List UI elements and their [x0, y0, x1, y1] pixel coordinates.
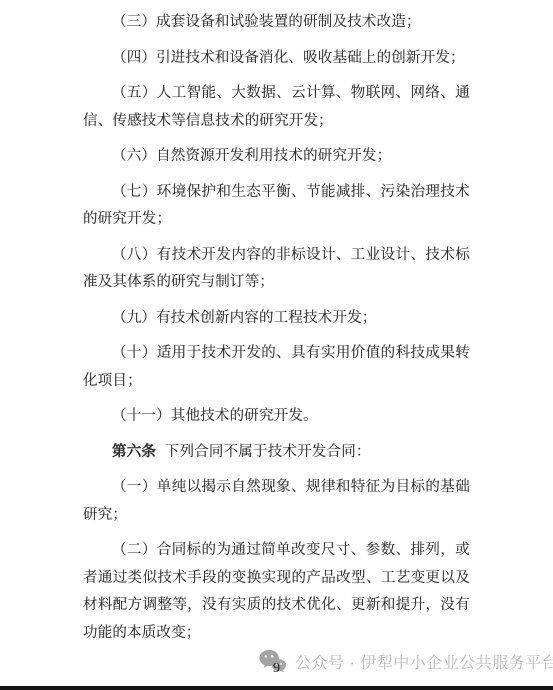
article-number-bold: 第六条 [112, 444, 156, 460]
paragraph-text: 下列合同不属于技术开发合同： [165, 444, 371, 460]
paragraph: （十一）其他技术的研究开发。 [83, 403, 470, 431]
document-body: （三）成套设备和试验装置的研制及技术改造；（四）引进技术和设备消化、吸收基础上的… [83, 9, 470, 655]
paragraph-text: （九）有技术创新内容的工程技术开发； [112, 310, 377, 326]
paragraph: （二）合同标的为通过简单改变尺寸、参数、排列，或者通过类似技术手段的变换实现的产… [83, 537, 470, 647]
document-page: （三）成套设备和试验装置的研制及技术改造；（四）引进技术和设备消化、吸收基础上的… [0, 0, 553, 690]
paragraph-text: （六）自然资源开发利用技术的研究开发； [112, 148, 391, 164]
paragraph: （十）适用于技术开发的、具有实用价值的科技成果转化项目； [83, 340, 470, 395]
paragraph-text: （三）成套设备和试验装置的研制及技术改造； [112, 14, 421, 30]
paragraph: （六）自然资源开发利用技术的研究开发； [83, 143, 470, 171]
paragraph-text: （二）合同标的为通过简单改变尺寸、参数、排列，或者通过类似技术手段的变换实现的产… [83, 542, 470, 641]
paragraph-text: （七）环境保护和生态平衡、节能减排、污染治理技术的研究开发； [83, 184, 470, 228]
paragraph: （三）成套设备和试验装置的研制及技术改造； [83, 9, 470, 37]
paragraph-text: （一）单纯以揭示自然现象、规律和特征为目标的基础研究； [83, 479, 470, 523]
paragraph-text: （十）适用于技术开发的、具有实用价值的科技成果转化项目； [83, 345, 470, 389]
paragraph-text: （四）引进技术和设备消化、吸收基础上的创新开发； [112, 50, 465, 66]
paragraph: （八）有技术开发内容的非标设计、工业设计、技术标准及其体系的研究与制订等； [83, 242, 470, 297]
paragraph-text: （五）人工智能、大数据、云计算、物联网、网络、通信、传感技术等信息技术的研究开发… [83, 85, 470, 129]
paragraph: （七）环境保护和生态平衡、节能减排、污染治理技术的研究开发； [83, 179, 470, 234]
paragraph-text: （十一）其他技术的研究开发。 [112, 408, 318, 424]
paragraph-text: （八）有技术开发内容的非标设计、工业设计、技术标准及其体系的研究与制订等； [83, 247, 470, 291]
page-number: 9 [0, 661, 553, 677]
paragraph: （五）人工智能、大数据、云计算、物联网、网络、通信、传感技术等信息技术的研究开发… [83, 80, 470, 135]
bottom-bar [0, 686, 553, 690]
paragraph: 第六条下列合同不属于技术开发合同： [83, 439, 470, 467]
paragraph: （四）引进技术和设备消化、吸收基础上的创新开发； [83, 45, 470, 73]
paragraph: （一）单纯以揭示自然现象、规律和特征为目标的基础研究； [83, 474, 470, 529]
paragraph: （九）有技术创新内容的工程技术开发； [83, 305, 470, 333]
